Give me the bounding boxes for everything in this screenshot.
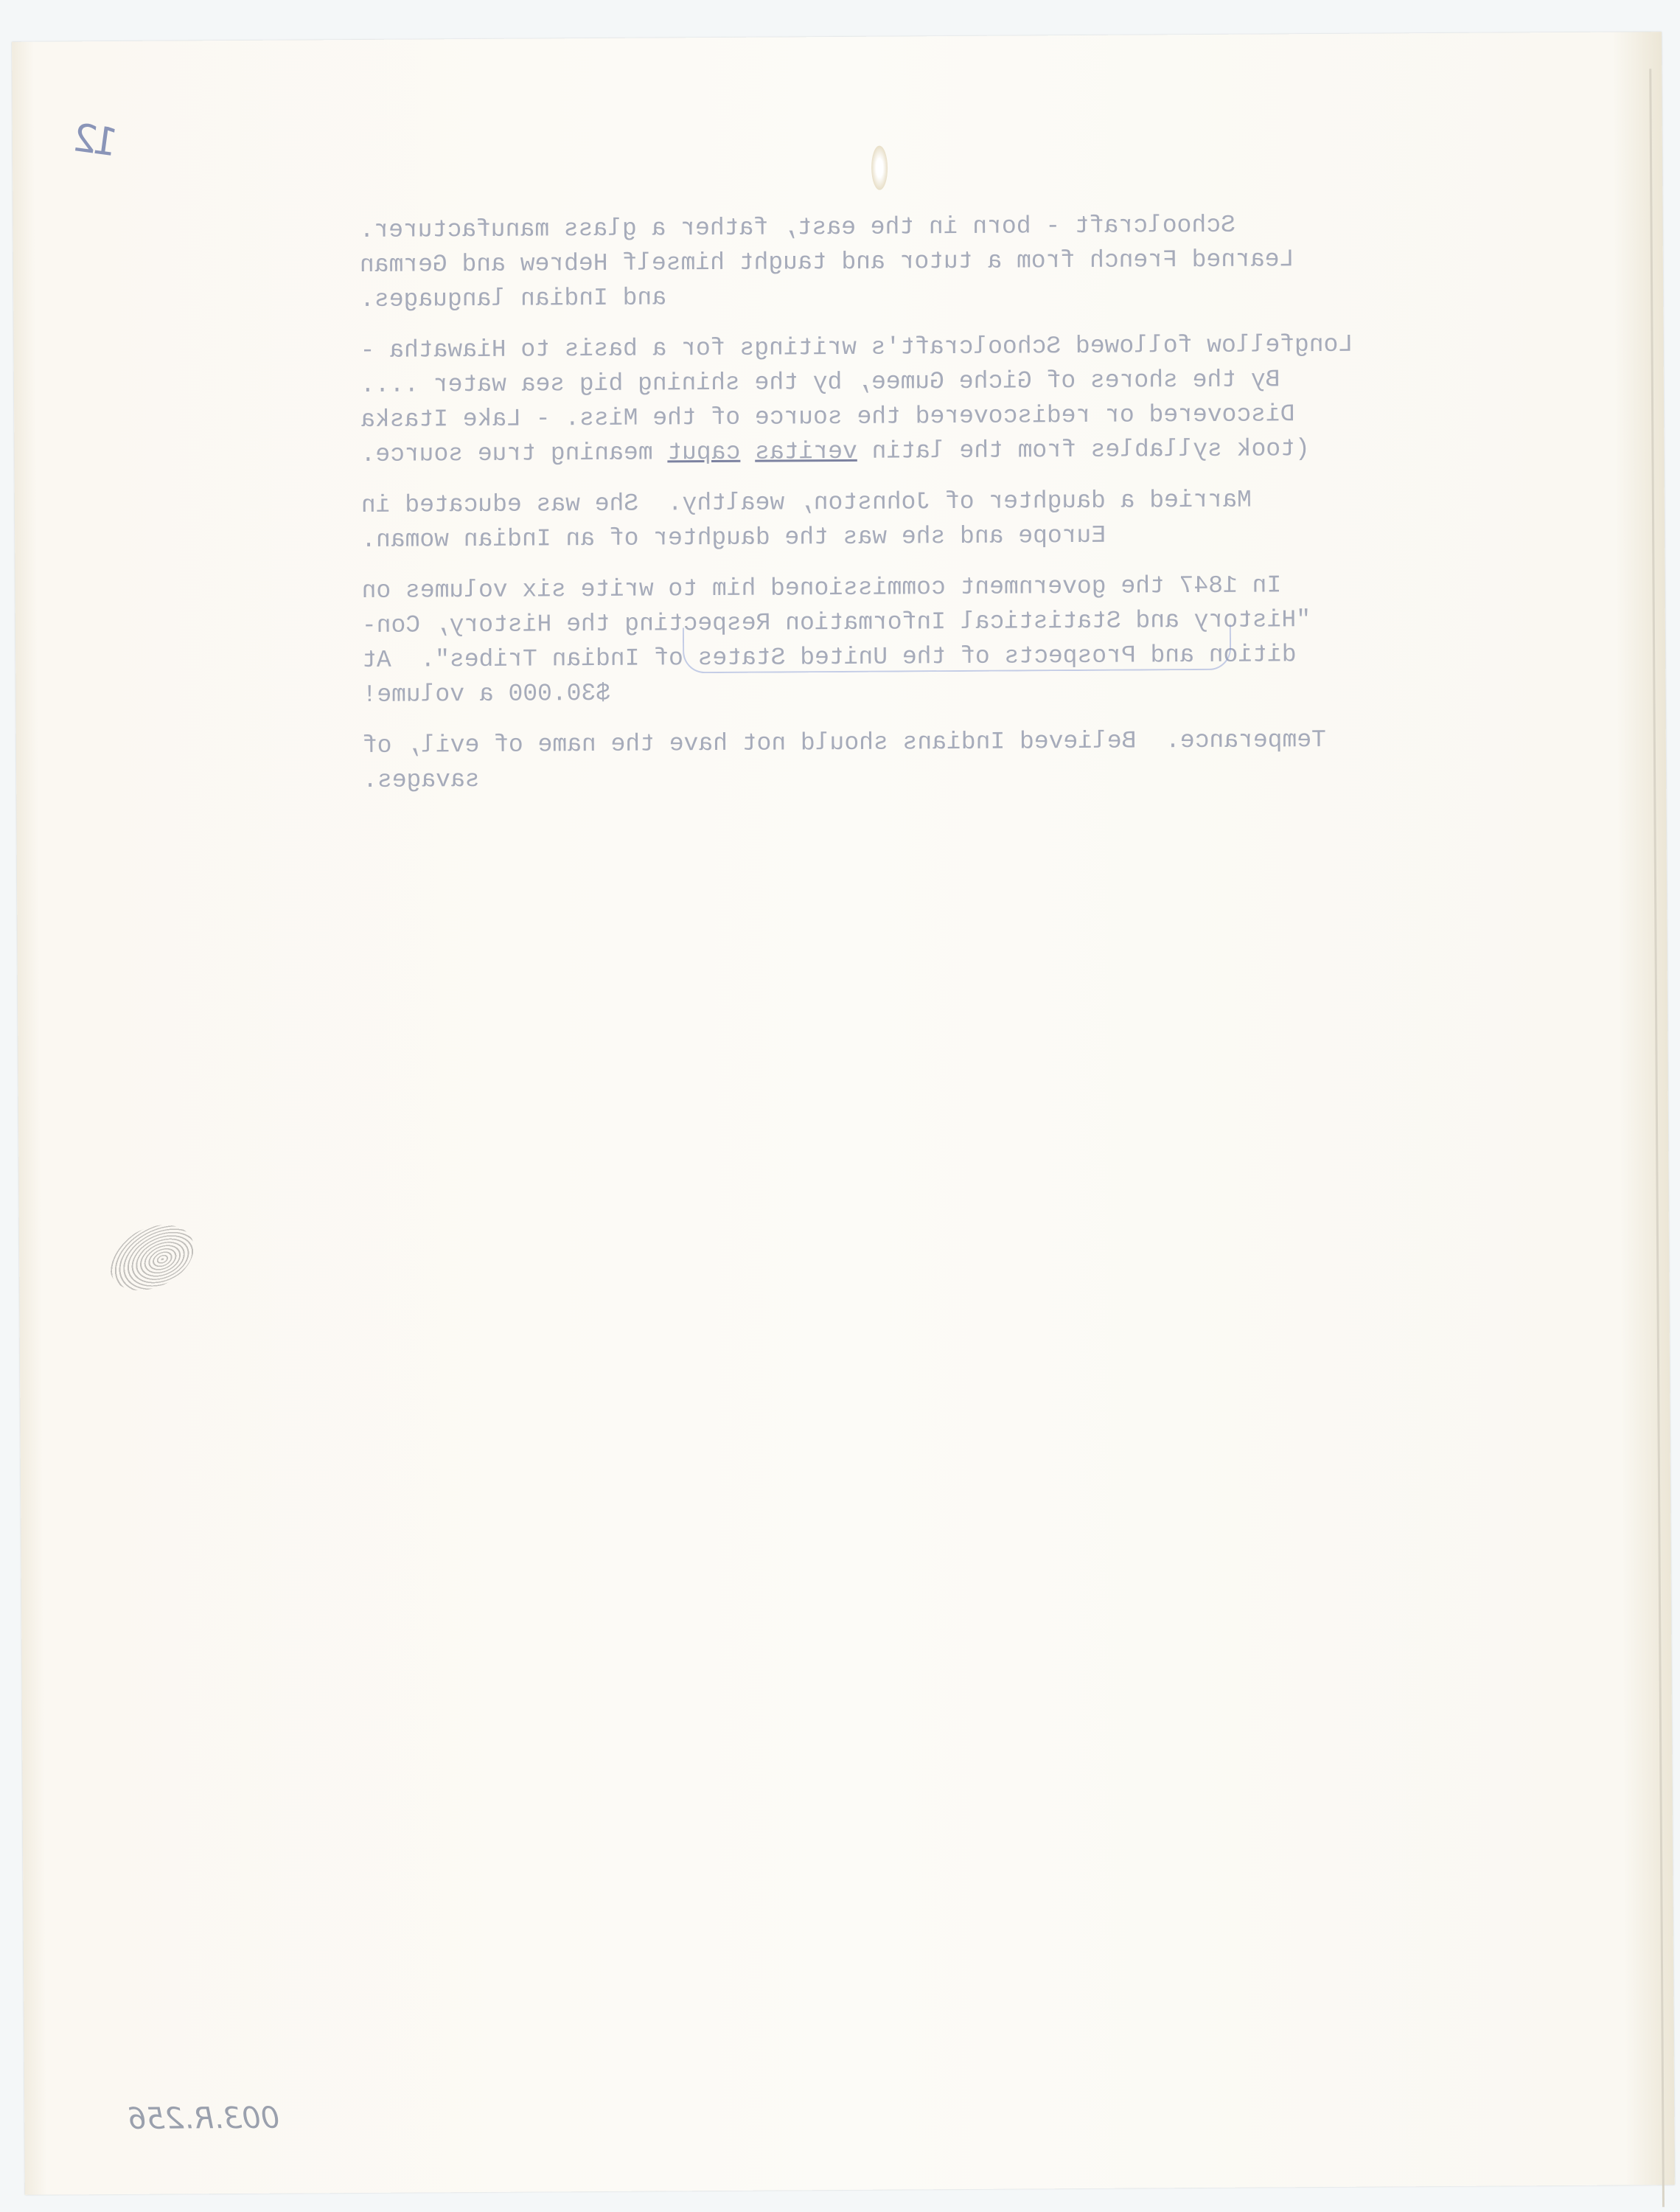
typed-text-bleedthrough: Schoolcraft - born in the east, father a… (359, 206, 1409, 814)
text-line: Temperance. Believed Indians should not … (363, 722, 1409, 763)
paper-edge (1649, 69, 1665, 2207)
text-line: $30.000 a volume! (362, 671, 1409, 712)
text-line: Europe and she was the daughter of an In… (361, 516, 1408, 557)
fingerprint-smudge (100, 1212, 205, 1304)
catalog-id: 003.R.256 (128, 2101, 279, 2136)
paper-sheet: 12 Schoolcraft - born in the east, fathe… (12, 32, 1675, 2195)
handwritten-page-number: 12 (74, 116, 120, 166)
paragraph-longfellow: Longfellow followed Schoolcraft's writin… (360, 327, 1407, 472)
paragraph-temperance: Temperance. Believed Indians should not … (363, 722, 1410, 798)
paragraph-schoolcraft: Schoolcraft - born in the east, father a… (359, 206, 1407, 317)
text-line: Married a daughter of Johnston, wealthy.… (361, 481, 1408, 523)
text-line: (took syllables from the latin veritas c… (360, 431, 1407, 472)
text-line: savages. (363, 757, 1409, 798)
text-line: and Indian languages. (360, 276, 1407, 317)
paragraph-married: Married a daughter of Johnston, wealthy.… (361, 481, 1409, 557)
paper-tear (871, 146, 888, 190)
text-line: Learned French from a tutor and taught h… (360, 241, 1407, 282)
handwritten-bracket-annotation (683, 625, 1231, 674)
